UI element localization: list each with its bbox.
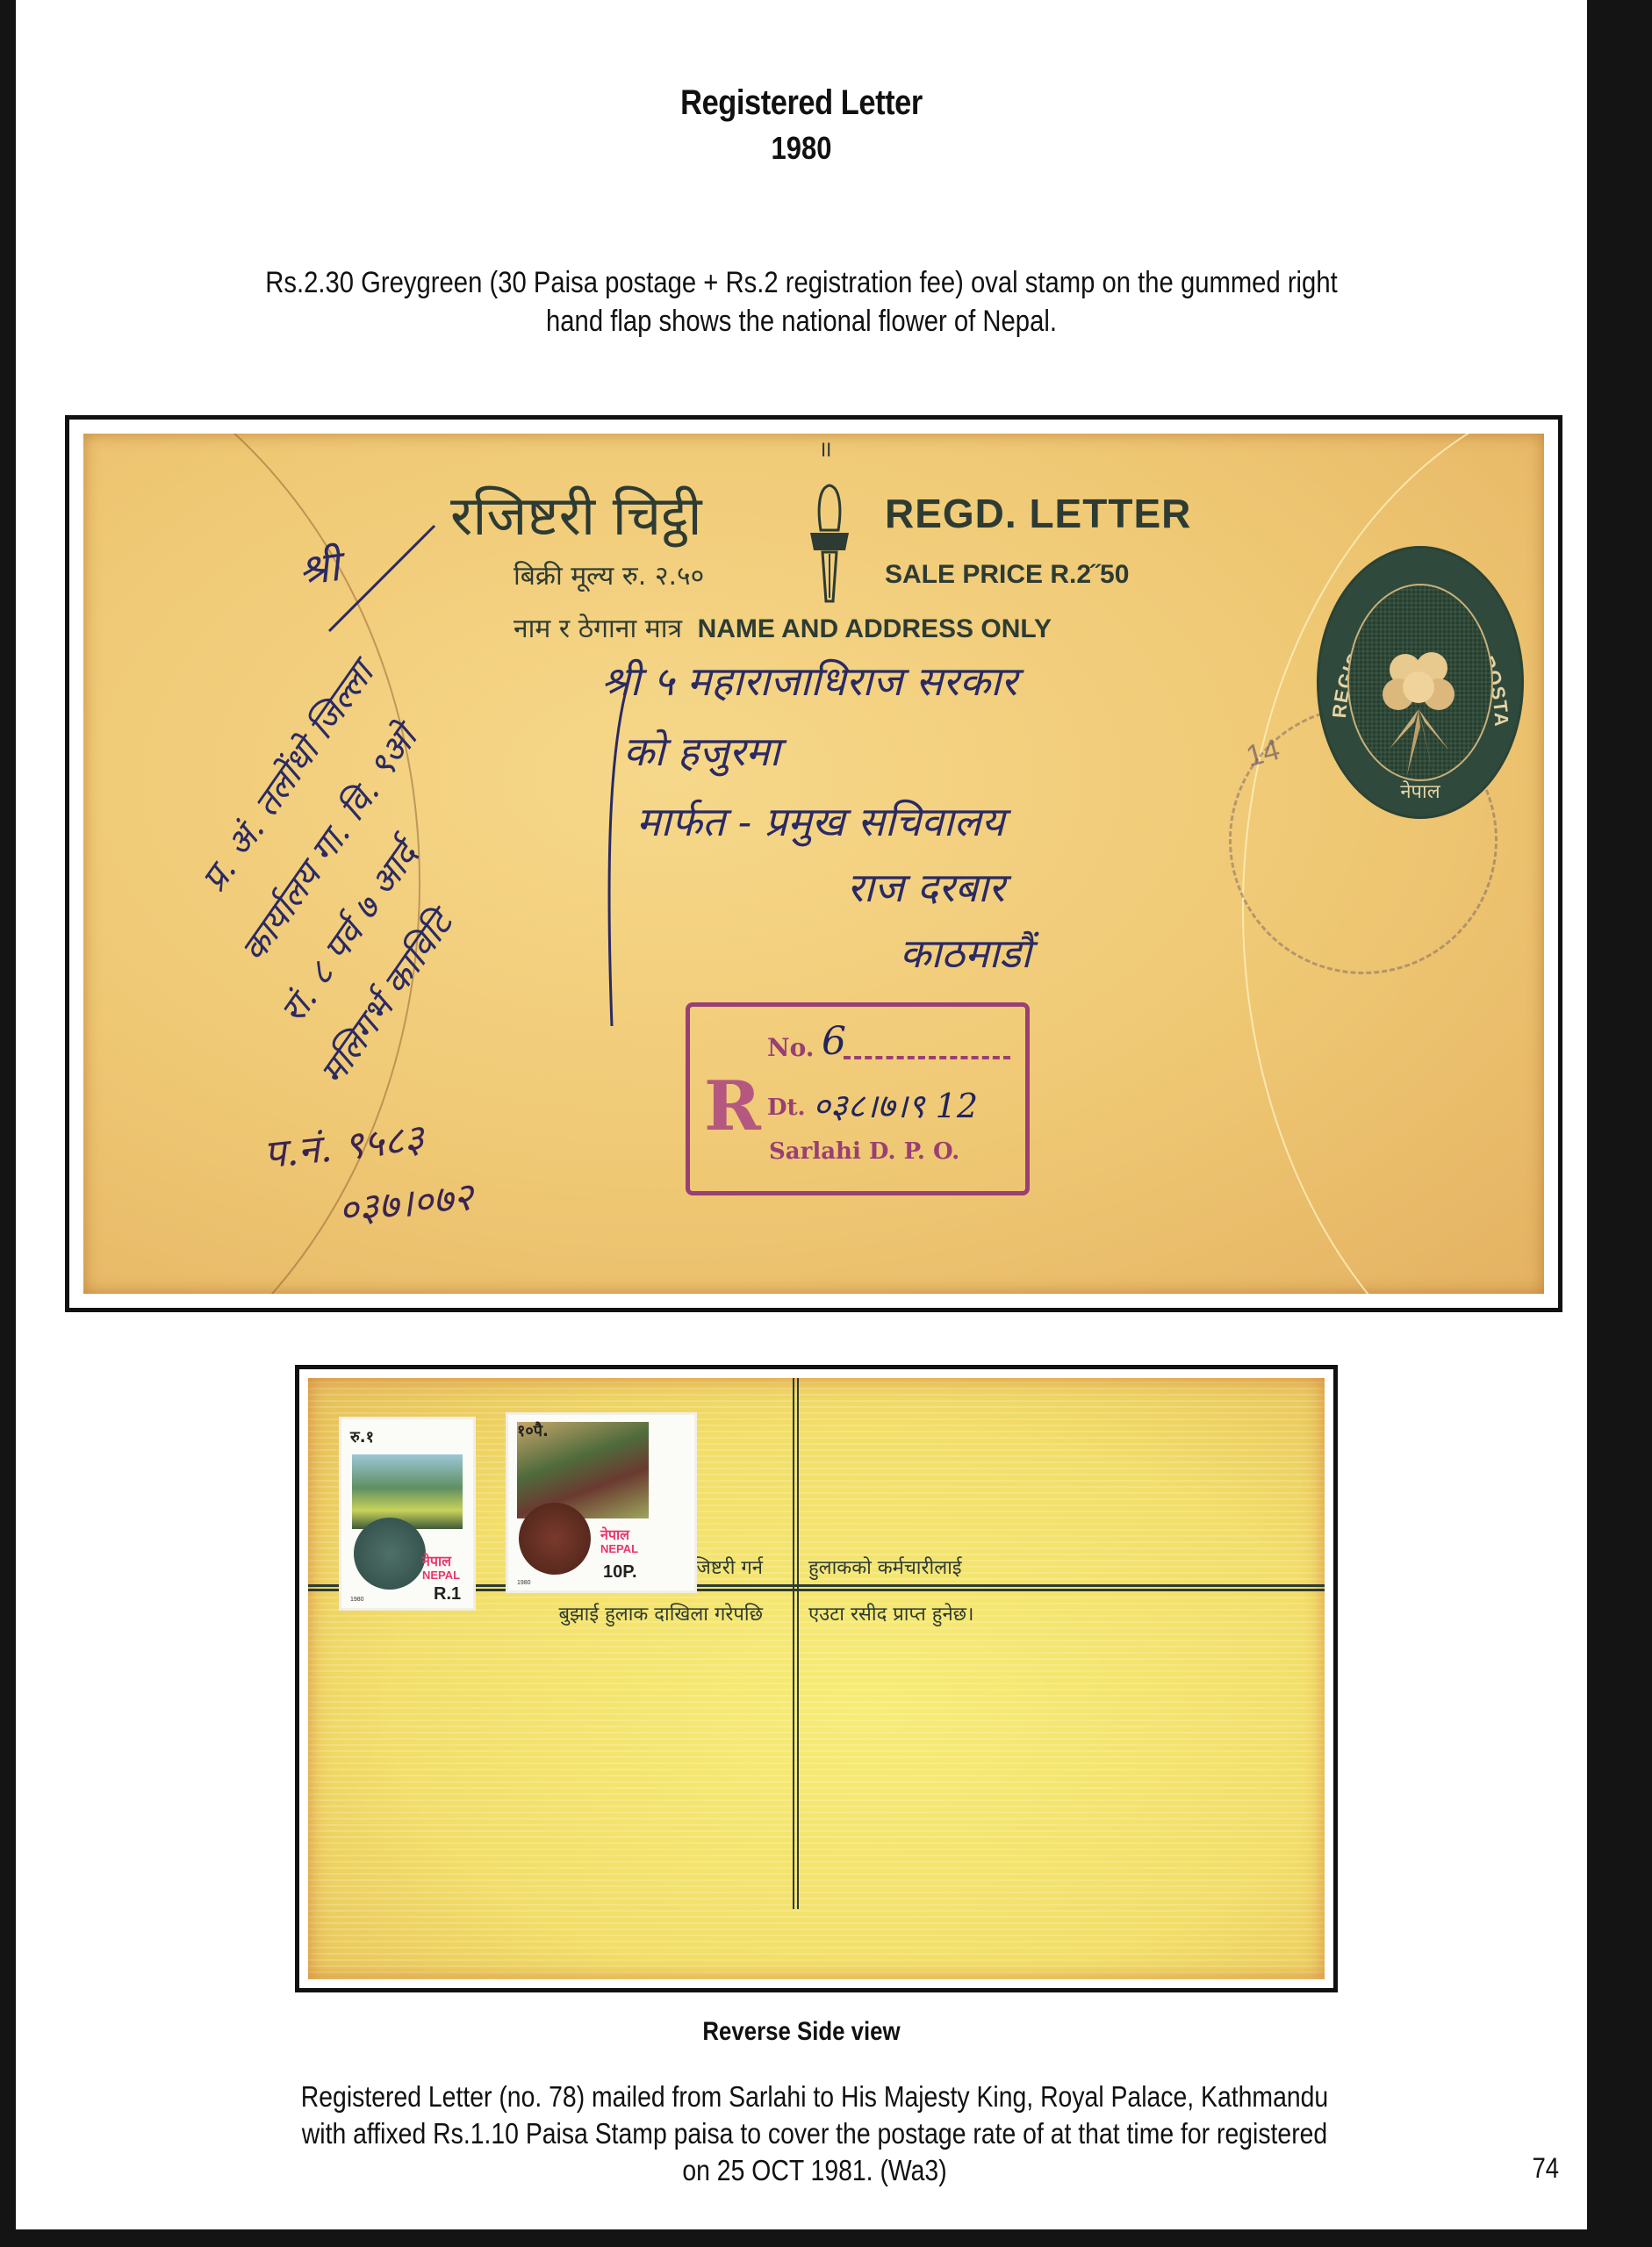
page-number: 74 (1532, 2152, 1559, 2185)
stamp-value-bottom: R.1 (434, 1584, 461, 1604)
stamp-scene-valley (352, 1454, 463, 1529)
stamp-country: NEPAL (600, 1542, 638, 1555)
page-year: 1980 (126, 130, 1476, 167)
address-line: मार्फत - प्रमुख सचिवालय (636, 793, 1004, 848)
page-title: Registered Letter (126, 83, 1476, 123)
front-envelope: II रजिष्टरी चिट्ठी REGD. LETTER बिक्री म… (83, 434, 1544, 1294)
reverse-envelope: यसलाई रजिष्टरी गर्न हुलाकको कर्मचारीलाई … (308, 1378, 1325, 1979)
oval-stamp: REGISTRATION R 2 +POSTAGE 30 P. (1317, 546, 1524, 819)
address-line: राज दरबार (847, 859, 1005, 914)
pen-stroke (320, 521, 443, 635)
reg-no-value: 6 (822, 1019, 846, 1064)
page-description: Rs.2.30 Greygreen (30 Paisa postage + Rs… (255, 263, 1349, 341)
imprint-title-nepali: रजिष्टरी चिट्ठी (450, 477, 702, 551)
imprint-title-english: REGD. LETTER (885, 490, 1191, 537)
name-address-english: NAME AND ADDRESS ONLY (698, 614, 1052, 643)
album-page: Registered Letter 1980 Rs.2.30 Greygreen… (16, 0, 1587, 2229)
bottom-description: Registered Letter (no. 78) mailed from S… (294, 2078, 1336, 2189)
vertical-divider (793, 1378, 799, 1909)
reverse-caption: Reverse Side view (126, 2017, 1476, 2047)
registration-label: R No. 6 Dt. ०३८।७।९ 12 Sarlahi D. P. O. (686, 1002, 1030, 1195)
stamp-center (1347, 584, 1493, 781)
address-line: को हजुरमा (623, 723, 780, 778)
postage-stamp-1: रु.१ नेपाल NEPAL R.1 1980 (341, 1419, 473, 1608)
top-mark: II (821, 439, 831, 462)
reg-dt-value: ०३८।७।९ 12 (813, 1082, 978, 1128)
bracket-stroke (601, 679, 636, 1030)
imprint-price-english: SALE PRICE R.2˝50 (885, 560, 1129, 590)
stamp-country: NEPAL (422, 1569, 460, 1582)
reg-no-dashes (844, 1056, 1010, 1059)
reg-dt-label: Dt. (767, 1095, 806, 1121)
name-address-nepali: नाम र ठेगाना मात्र (514, 614, 682, 644)
stamp-country-nepali: नेपाल (422, 1551, 451, 1570)
postage-stamp-2: १०पै. नेपाल NEPAL 10P. 1980 (508, 1415, 694, 1590)
registration-r: R (704, 1066, 761, 1146)
stamp-year: 1980 (350, 1597, 364, 1603)
reg-no-label: No. (767, 1033, 815, 1062)
address-line: श्री ५ महाराजाधिराज सरकार (601, 653, 1017, 707)
crown-emblem-icon (803, 482, 856, 605)
rhododendron-icon (1372, 643, 1469, 793)
stamp-scene-circle (354, 1518, 426, 1590)
stamp-scene-circle (519, 1503, 591, 1575)
stamp-country-nepali: नेपाल (1319, 778, 1521, 804)
reg-office: Sarlahi D. P. O. (769, 1138, 959, 1165)
imprint-price-nepali: बिक्री मूल्य रु. २.५० (514, 556, 704, 592)
stamp-value-top: रु.१ (350, 1426, 374, 1447)
address-line: काठमाडौं (900, 925, 1031, 980)
stamp-country-nepali: नेपाल (600, 1525, 629, 1544)
printed-text-row2-right: एउटा रसीद प्राप्त हुनेछ। (808, 1600, 973, 1626)
printed-text-row2-left: बुझाई हुलाक दाखिला गरेपछि (558, 1600, 763, 1626)
front-cover-frame: II रजिष्टरी चिट्ठी REGD. LETTER बिक्री म… (65, 415, 1562, 1312)
stamp-value-top: १०पै. (517, 1420, 549, 1441)
stamp-year: 1980 (517, 1580, 531, 1586)
printed-text-row1-right: हुलाकको कर्मचारीलाई (808, 1554, 962, 1580)
imprint-name-address: नाम र ठेगाना मात्र NAME AND ADDRESS ONLY (514, 609, 1052, 645)
reference-date: ०३७।०७२ (335, 1168, 475, 1235)
stamp-value-bottom: 10P. (603, 1562, 637, 1583)
reverse-cover-frame: यसलाई रजिष्टरी गर्न हुलाकको कर्मचारीलाई … (295, 1365, 1338, 1992)
